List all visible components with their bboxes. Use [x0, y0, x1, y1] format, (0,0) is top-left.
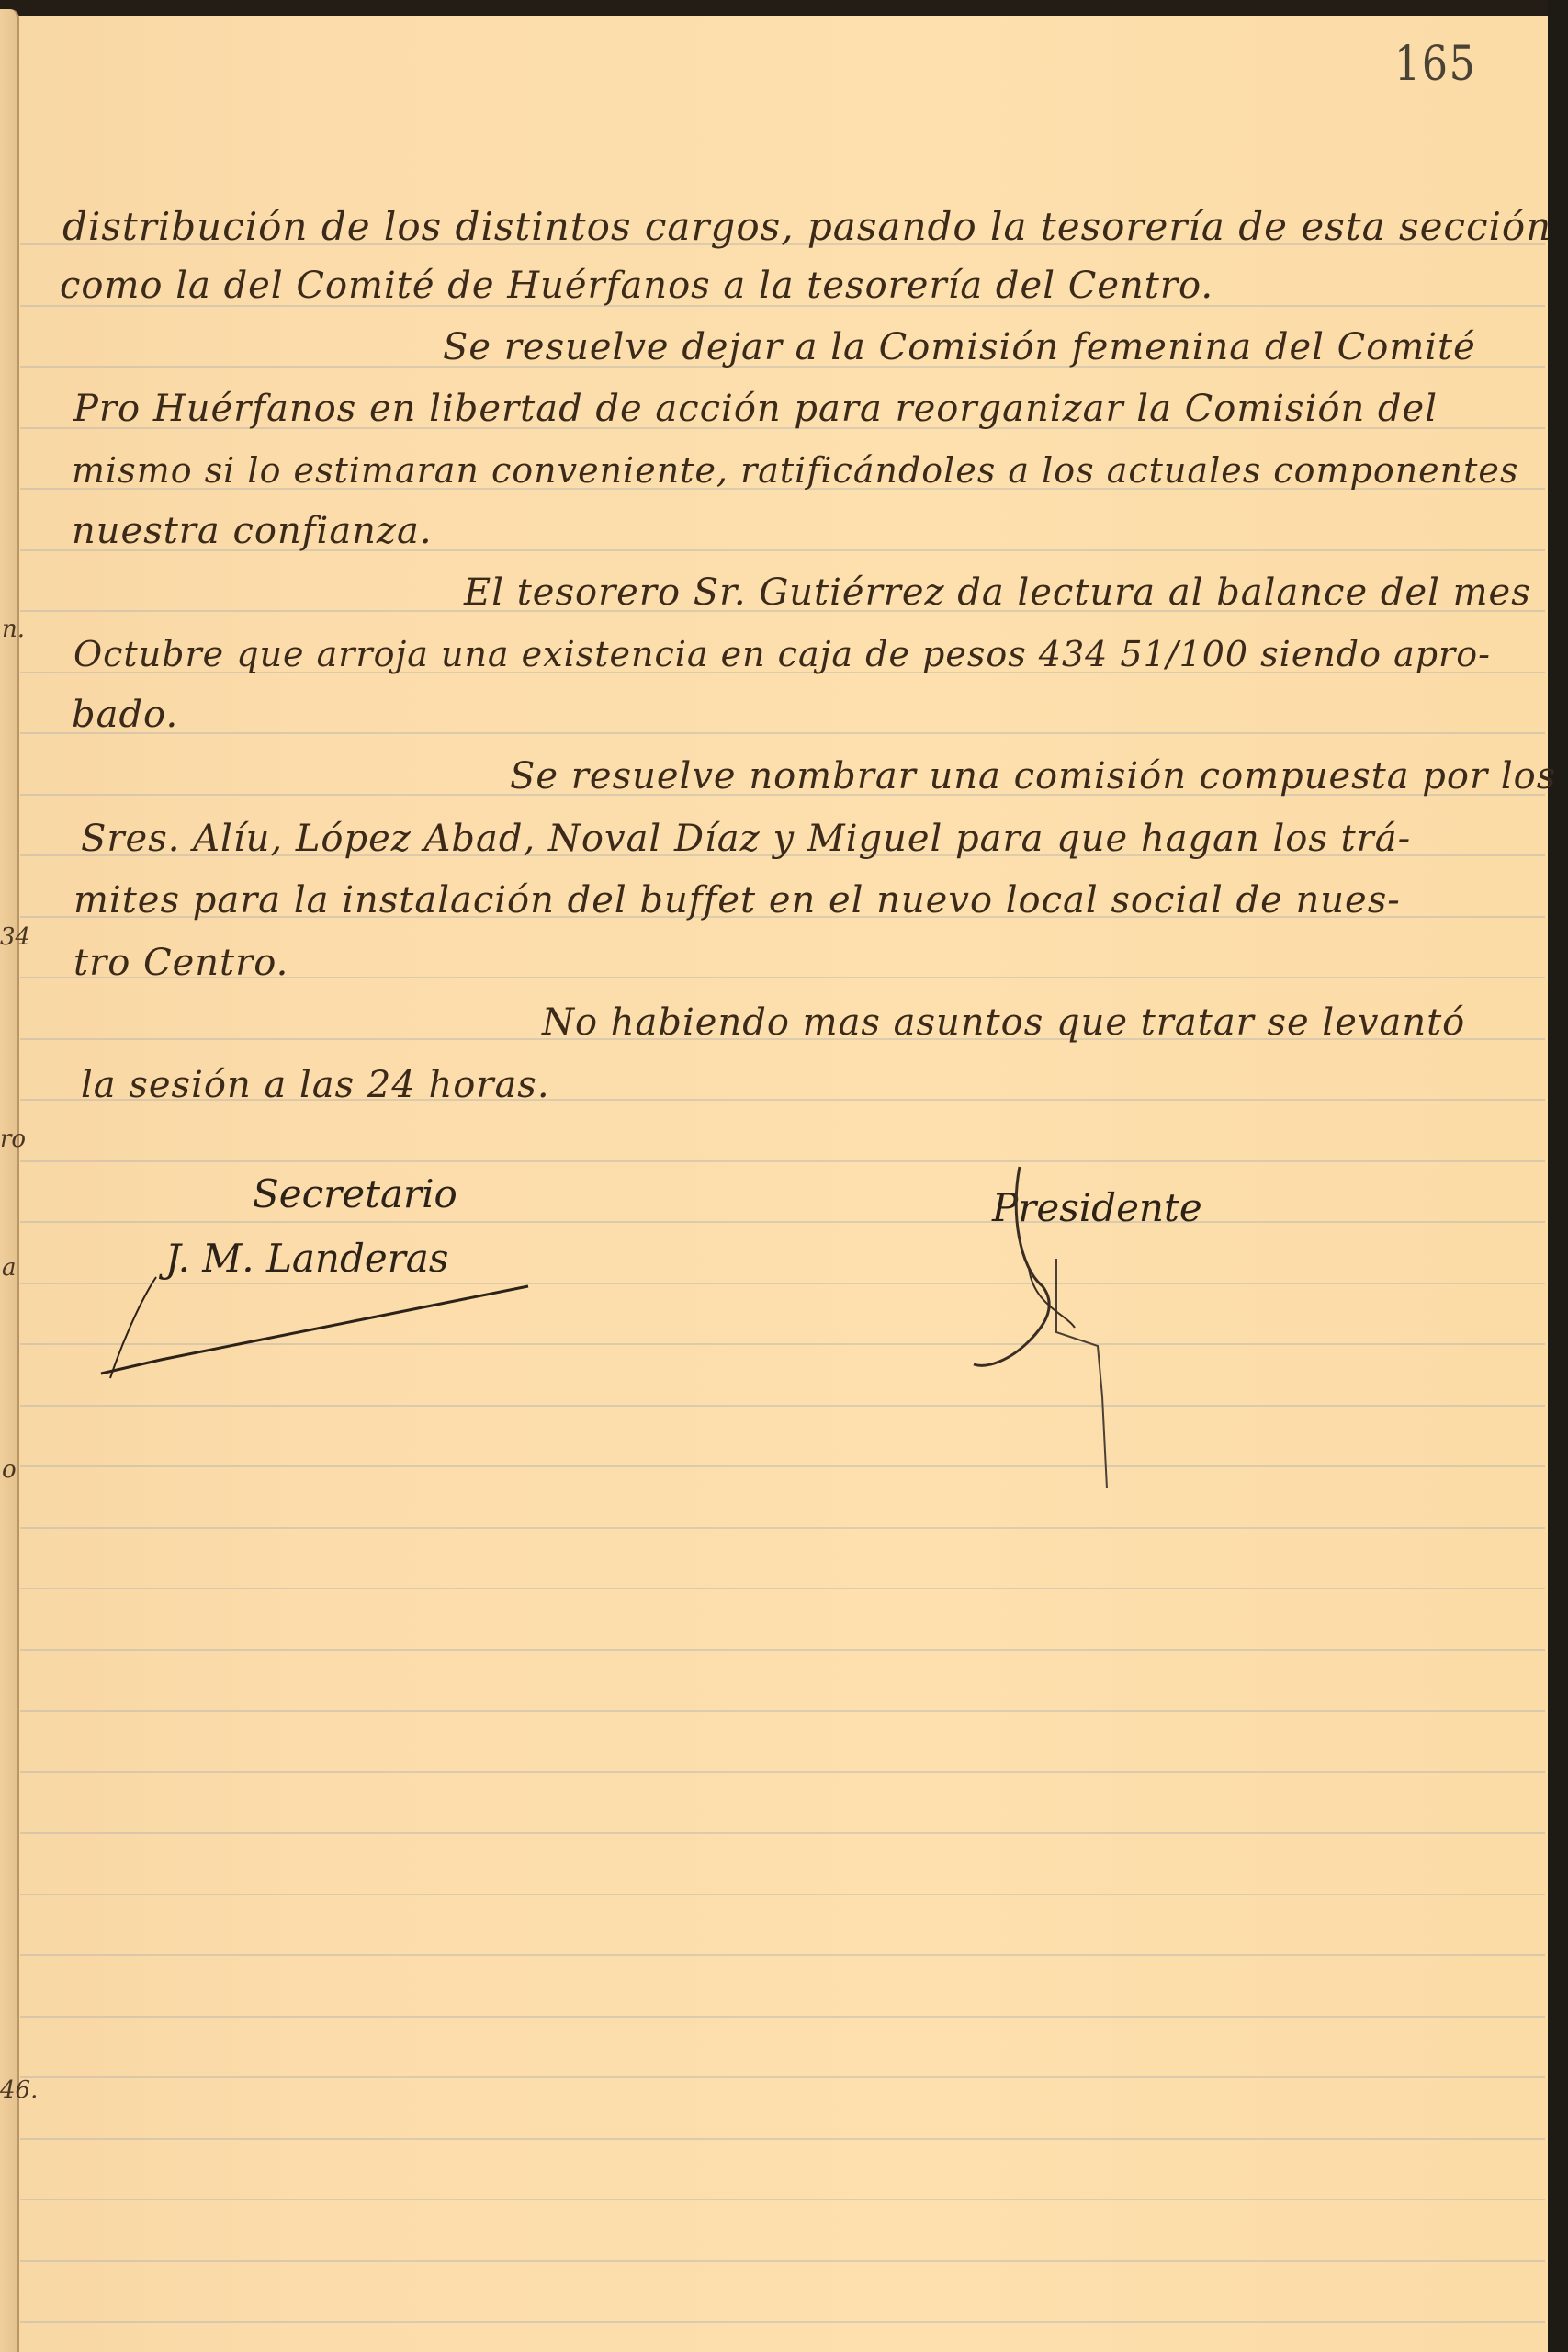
margin-fragment: o [2, 1456, 17, 1484]
margin-fragment: n. [2, 616, 25, 643]
margin-fragment: 46. [0, 2076, 38, 2104]
margin-fragment: a [2, 1254, 17, 1282]
margin-fragment: 34 [0, 923, 30, 951]
margin-fragment: ro [0, 1125, 26, 1153]
signature-flourishes [0, 0, 1568, 2352]
